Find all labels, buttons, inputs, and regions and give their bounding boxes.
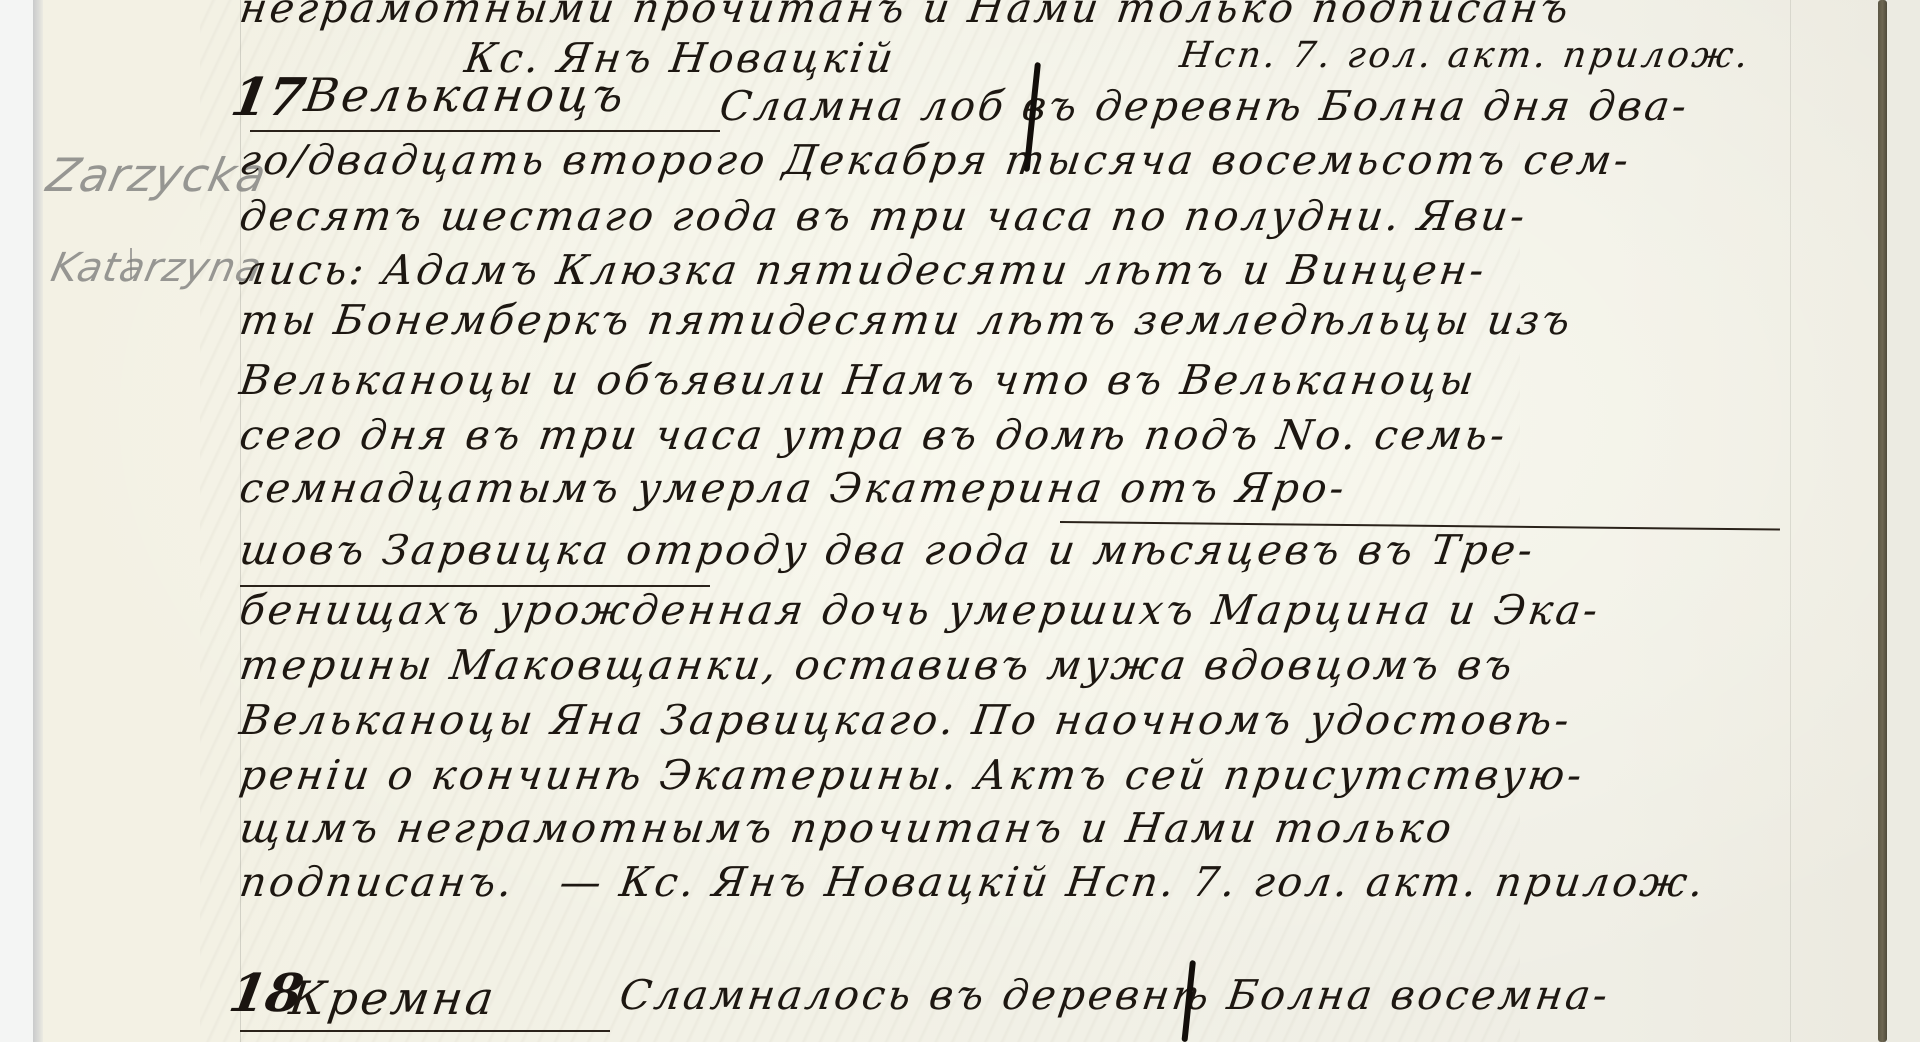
text-line: Вельканоцы и объявили Намъ что въ Велька… (237, 360, 1479, 401)
text-line: Сламналось въ деревнѣ Болна восемна- (617, 975, 1613, 1016)
margin-note-given-name: Katarzyna (48, 248, 266, 288)
text-line-signature: Кс. Янъ Новацкій (462, 38, 898, 79)
adjacent-page-edge (1887, 0, 1920, 1042)
right-margin-rule (1790, 0, 1791, 1042)
document-viewport: Zarzycka Katarzyna 17 18 Вельканоцъ Крем… (0, 0, 1920, 1042)
text-line: терины Маковщанки, оставивъ мужа вдовцом… (237, 645, 1517, 686)
margin-note-surname: Zarzycka (43, 152, 271, 198)
entry-18-heading-underline (240, 1030, 610, 1032)
text-line: реніи о кончинѣ Экатерины. Актъ сей прис… (237, 755, 1587, 796)
text-line: бенищахъ урожденная дочь умершихъ Марцин… (237, 590, 1603, 631)
text-line: семнадцатымъ умерла Экатерина отъ Яро- (237, 468, 1349, 509)
entry-18-village-heading: Кремна (287, 975, 500, 1021)
paper-edge-left (33, 0, 43, 1042)
margin-note-cross-stroke (130, 248, 132, 278)
text-line: лись: Адамъ Клюзка пятидесяти лѣтъ и Вин… (237, 250, 1489, 291)
text-line: ты Бонемберкъ пятидесяти лѣтъ земледѣльц… (237, 300, 1575, 341)
text-line-signature: — Кс. Янъ Новацкій Нсп. 7. гол. акт. при… (557, 862, 1709, 903)
text-line: го/двадцать второго Декабря тысяча восем… (237, 140, 1634, 181)
scan-background-left (0, 0, 36, 1042)
text-line: Сламна лоб въ деревнѣ Болна дня два- (717, 86, 1692, 127)
book-binding-gutter (1878, 0, 1887, 1042)
text-line: десятъ шестаго года въ три часа по полуд… (237, 196, 1530, 237)
text-line-attestation: Нсп. 7. гол. акт. прилож. (1177, 38, 1753, 74)
text-line: щимъ неграмотнымъ прочитанъ и Нами тольк… (237, 808, 1457, 849)
text-line: сего дня въ три часа утра въ домѣ подъ N… (237, 415, 1510, 456)
text-line: Вельканоцы Яна Зарвицкаго. По наочномъ у… (237, 700, 1574, 741)
text-line: подписанъ. (237, 862, 517, 903)
entry-number-17: 17 (227, 72, 309, 124)
text-line: неграмотными прочитанъ и Нами только под… (237, 0, 1574, 29)
text-line: шовъ Зарвицка отроду два года и мѣсяцевъ… (237, 530, 1538, 571)
entry-17-heading-underline (250, 130, 720, 132)
